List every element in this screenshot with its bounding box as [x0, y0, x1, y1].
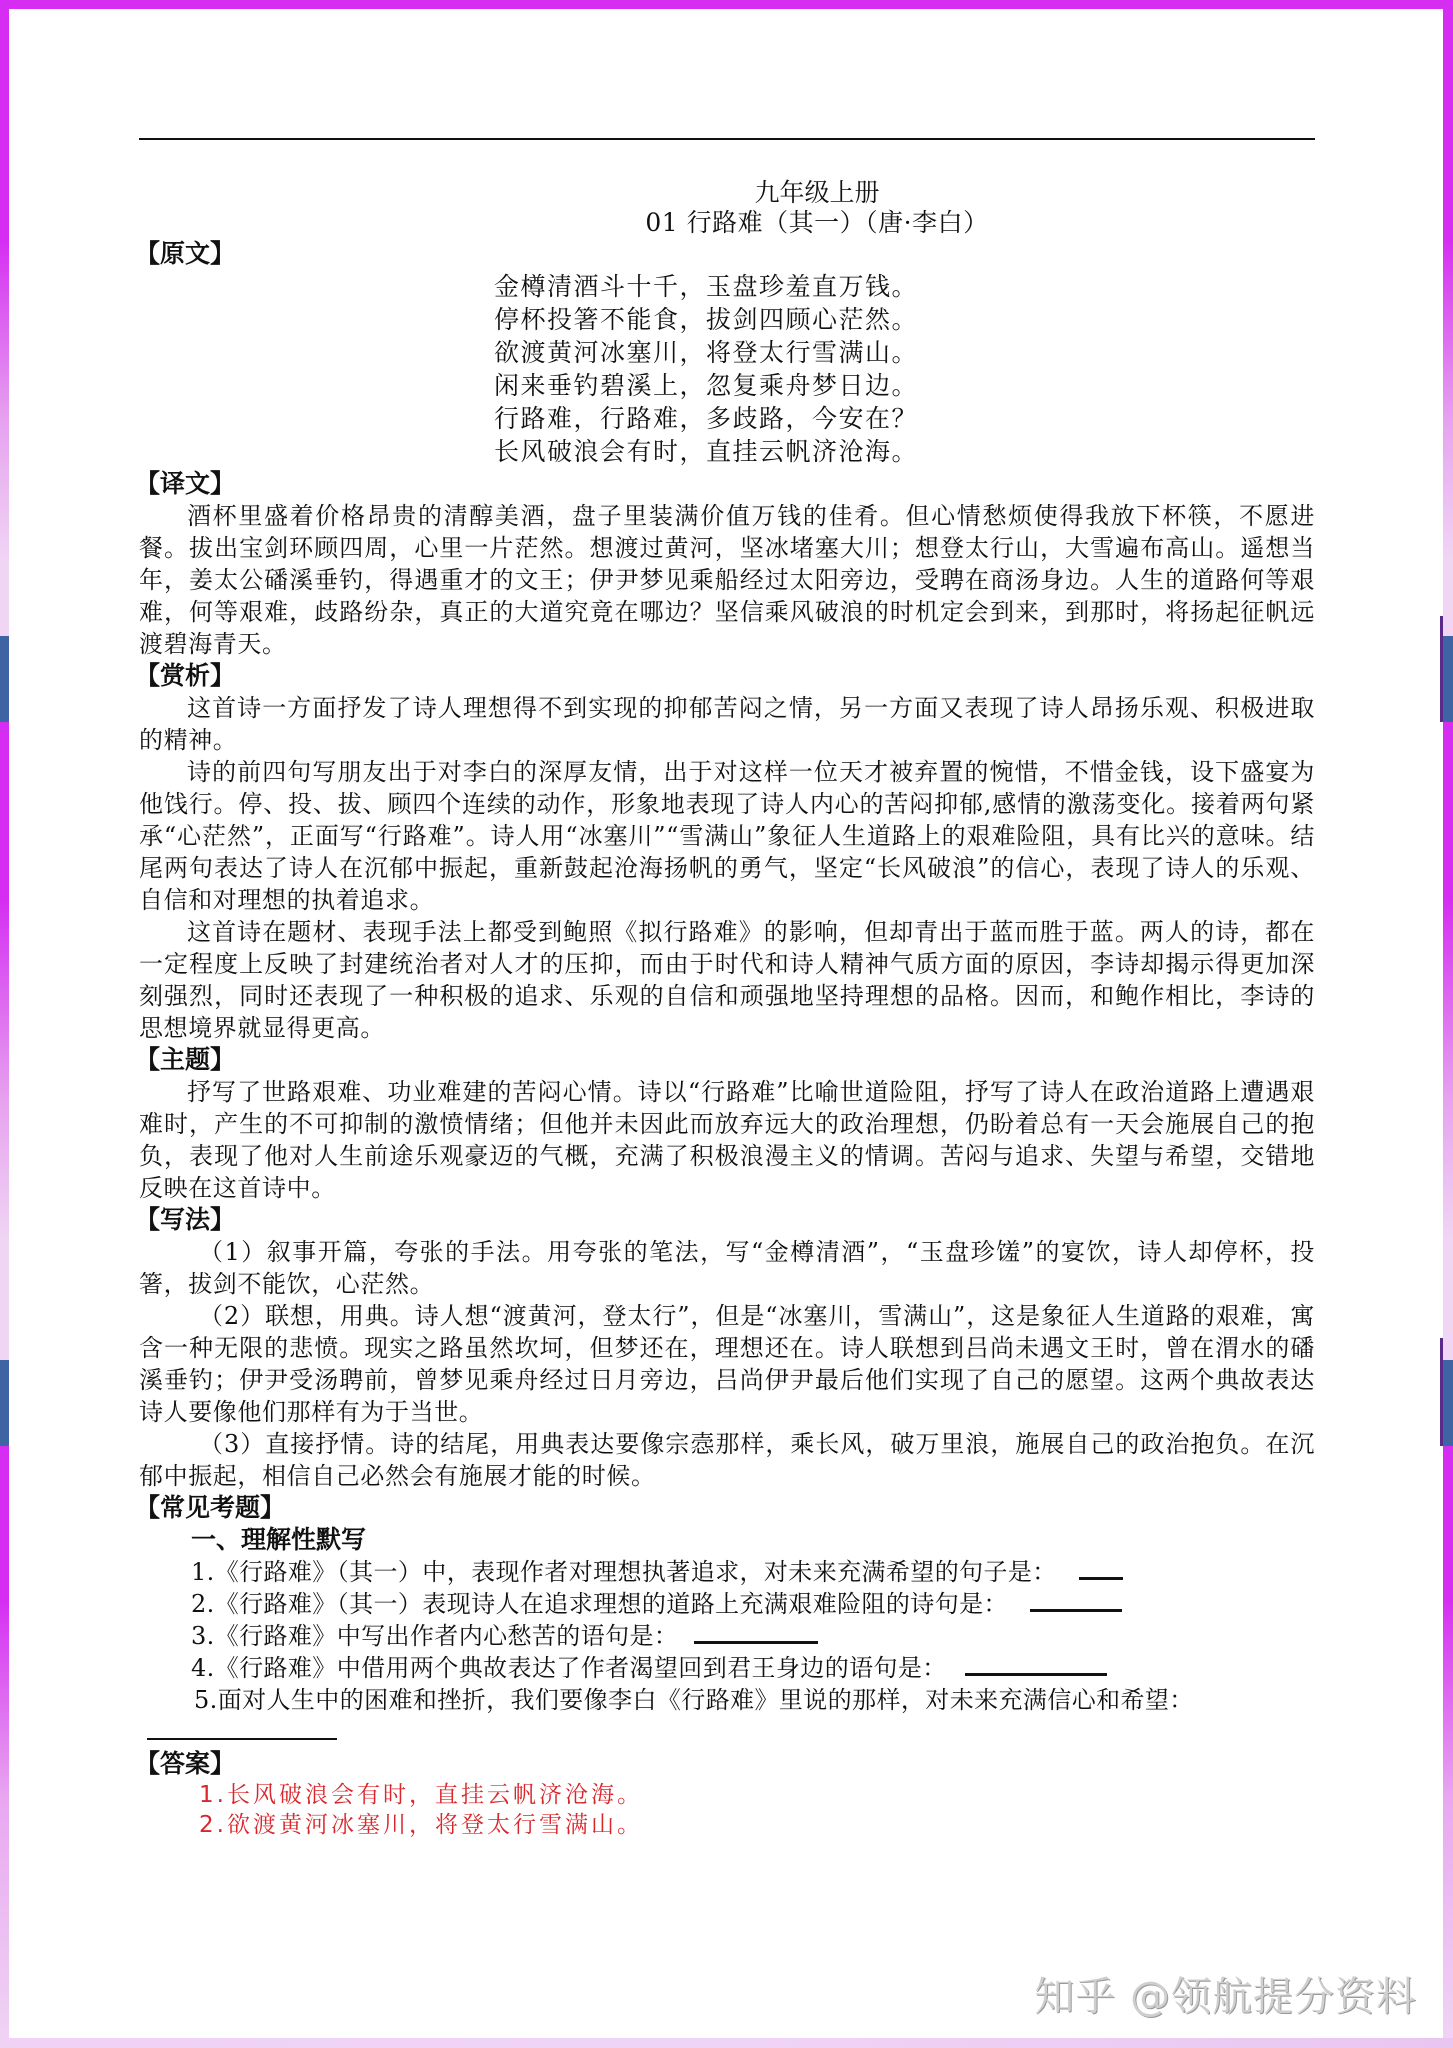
section-label-technique: 【写法】 [135, 1204, 1315, 1236]
exam-subheading: 一、理解性默写 [191, 1524, 1315, 1556]
exam-question: 2.《行路难》（其一）表现诗人在追求理想的道路上充满艰难险阻的诗句是： [191, 1588, 1315, 1620]
watermark: 知乎 @领航提分资料 [1034, 1965, 1417, 2022]
answer-item: 1.长风破浪会有时，直挂云帆济沧海。 [199, 1780, 1315, 1810]
poem-line: 长风破浪会有时，直挂云帆济沧海。 [494, 435, 1315, 468]
section-label-original: 【原文】 [135, 238, 1315, 270]
exam-question: 1.《行路难》（其一）中，表现作者对理想执著追求，对未来充满希望的句子是： [191, 1556, 1315, 1588]
exam-question: 5.面对人生中的困难和挫折，我们要像李白《行路难》里说的那样，对未来充满信心和希… [139, 1684, 1315, 1748]
technique-paragraph: （2）联想，用典。诗人想“渡黄河，登太行”，但是“冰塞川，雪满山”，这是象征人生… [139, 1300, 1315, 1428]
poem-line: 欲渡黄河冰塞川，将登太行雪满山。 [494, 336, 1315, 369]
section-label-answers: 【答案】 [135, 1748, 1315, 1780]
answer-blank[interactable] [1030, 1599, 1122, 1612]
appreciation-paragraph: 诗的前四句写朋友出于对李白的深厚友情，出于对这样一位天才被弃置的惋惜，不惜金钱，… [139, 756, 1315, 916]
question-text: 3.《行路难》中写出作者内心愁苦的语句是： [191, 1622, 678, 1650]
translation-paragraph: 酒杯里盛着价格昂贵的清醇美酒，盘子里装满价值万钱的佳肴。但心情愁烦使得我放下杯筷… [139, 500, 1315, 660]
section-label-appreciation: 【赏析】 [135, 660, 1315, 692]
poem-line: 金樽清酒斗十千，玉盘珍羞直万钱。 [494, 270, 1315, 303]
poem-line: 行路难，行路难，多歧路，今安在？ [494, 402, 1315, 435]
document-page: 九年级上册 01 行路难（其一）（唐·李白） 【原文】 金樽清酒斗十千，玉盘珍羞… [139, 178, 1315, 1840]
technique-paragraph: （1）叙事开篇，夸张的手法。用夸张的笔法，写“金樽清酒”，“玉盘珍馐”的宴饮，诗… [139, 1236, 1315, 1300]
question-text: 2.《行路难》（其一）表现诗人在追求理想的道路上充满艰难险阻的诗句是： [191, 1590, 1008, 1618]
frame-top-border [0, 0, 1453, 9]
answer-item: 2.欲渡黄河冰塞川，将登太行雪满山。 [199, 1810, 1315, 1840]
frame-left-border [0, 0, 9, 2048]
exam-question: 4.《行路难》中借用两个典故表达了作者渴望回到君王身边的语句是： [191, 1652, 1315, 1684]
grade-heading: 九年级上册 [319, 178, 1315, 208]
header-rule [139, 138, 1315, 140]
poem-line: 闲来垂钓碧溪上，忽复乘舟梦日边。 [494, 369, 1315, 402]
frame-right-accent [1440, 616, 1443, 722]
answer-blank[interactable] [1079, 1567, 1123, 1580]
answer-blank[interactable] [965, 1663, 1107, 1676]
theme-paragraph: 抒写了世路艰难、功业难建的苦闷心情。诗以“行路难”比喻世道险阻，抒写了诗人在政治… [139, 1076, 1315, 1204]
section-label-translation: 【译文】 [135, 468, 1315, 500]
page-title: 01 行路难（其一）（唐·李白） [319, 208, 1315, 238]
answer-blank[interactable] [147, 1728, 337, 1740]
appreciation-paragraph: 这首诗一方面抒发了诗人理想得不到实现的抑郁苦闷之情，另一方面又表现了诗人昂扬乐观… [139, 692, 1315, 756]
frame-right-border [1443, 0, 1453, 2048]
technique-paragraph: （3）直接抒情。诗的结尾，用典表达要像宗悫那样，乘长风，破万里浪，施展自己的政治… [139, 1428, 1315, 1492]
frame-right-accent [1440, 1338, 1443, 1446]
poem-line: 停杯投箸不能食，拔剑四顾心茫然。 [494, 303, 1315, 336]
poem-block: 金樽清酒斗十千，玉盘珍羞直万钱。 停杯投箸不能食，拔剑四顾心茫然。 欲渡黄河冰塞… [494, 270, 1315, 468]
frame-bottom-border [0, 2038, 1453, 2048]
question-text: 4.《行路难》中借用两个典故表达了作者渴望回到君王身边的语句是： [191, 1654, 947, 1682]
section-label-exam: 【常见考题】 [135, 1492, 1315, 1524]
exam-question: 3.《行路难》中写出作者内心愁苦的语句是： [191, 1620, 1315, 1652]
answer-blank[interactable] [694, 1631, 818, 1644]
question-text: 1.《行路难》（其一）中，表现作者对理想执著追求，对未来充满希望的句子是： [191, 1558, 1057, 1586]
section-label-theme: 【主题】 [135, 1044, 1315, 1076]
question-text: 5.面对人生中的困难和挫折，我们要像李白《行路难》里说的那样，对未来充满信心和希… [194, 1686, 1194, 1714]
appreciation-paragraph: 这首诗在题材、表现手法上都受到鲍照《拟行路难》的影响，但却青出于蓝而胜于蓝。两人… [139, 916, 1315, 1044]
